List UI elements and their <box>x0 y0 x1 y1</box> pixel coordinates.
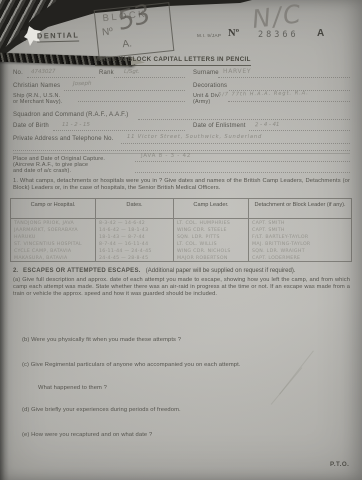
table-row-entry: Capt. Lodermere <box>252 255 348 261</box>
form-code: M.I. 9/JAP <box>197 33 221 38</box>
fill-line <box>53 130 185 131</box>
fill-line <box>114 77 185 78</box>
dates-column: 8-3-42 — 14-6-42 14-6-42 — 18-1-43 18-1-… <box>96 219 174 261</box>
field-label-squadron: Squadron and Command (R.A.F., A.A.F.) <box>13 112 128 118</box>
field-label-enlistment: Date of Enlistment <box>193 123 246 129</box>
table-row-entry: Maj. Britting-Taylor <box>252 241 348 248</box>
fill-line <box>13 150 350 151</box>
block-stamp-no-sign: Nº <box>101 26 113 38</box>
column-header-block-leader: Detachment or Block Leader (if any). <box>249 199 351 218</box>
field-value-address: 11 Victor Street, Southwick, Sunderland <box>127 134 262 140</box>
series-letter: A <box>317 28 324 39</box>
field-label-rank: Rank <box>99 70 114 76</box>
table-row-entry: St. Vincentius Hospital <box>14 241 92 248</box>
fill-line <box>228 101 350 102</box>
fill-line <box>121 143 350 144</box>
table-row-entry: Capt. Smith <box>252 220 348 227</box>
fill-line <box>135 161 350 162</box>
camps-table-body: Tandjong Priok, Java Jaarmarkt, Soerabay… <box>11 219 351 261</box>
field-label-decorations: Decorations <box>193 83 227 89</box>
serial-number-stamp: 28366 <box>258 30 299 40</box>
table-row-entry: Sqn. Ldr. Pitts <box>177 234 245 241</box>
field-label-no: No. <box>13 70 23 76</box>
section-2-note: (Additional paper will be supplied on re… <box>146 268 296 274</box>
question-2b: (b) Were you physically fit when you mad… <box>22 337 352 344</box>
confidential-stamp: DENTIAL <box>37 30 80 42</box>
field-label-surname: Surname <box>193 70 219 76</box>
fill-line <box>64 90 185 91</box>
table-row-entry: Lt. Col. Willis <box>177 241 245 248</box>
question-2e: (e) How were you recaptured and on what … <box>22 432 352 439</box>
question-2d: (d) Give briefly your experiences during… <box>22 407 352 414</box>
question-2a: (a) Give full description and approx. da… <box>13 277 350 298</box>
fill-line <box>78 101 185 102</box>
field-value-surname: HARVEY <box>223 68 251 75</box>
block-stamp-letter: A. <box>122 38 133 50</box>
field-value-no: 4743027 <box>31 69 56 75</box>
block-capitals-instruction: WRITE IN BLOCK CAPITAL LETTERS IN PENCIL <box>95 56 251 66</box>
table-row-entry: Cycle Camp, Batavia <box>14 248 92 255</box>
field-value-enlistment: 2 - 4 - 41 <box>255 122 280 128</box>
table-row-entry: 18-1-43 — 8-7-44 <box>99 234 170 241</box>
section-2-title: ESCAPES OR ATTEMPTED ESCAPES. <box>23 268 141 274</box>
table-row-entry: 24-4-45 — 28-8-45 <box>99 255 170 261</box>
block-leader-column: Capt. Smith Capt. Smith F/Lt. Bartley-Ta… <box>249 219 351 261</box>
table-row-entry: Makasura, Batavia <box>14 255 92 261</box>
table-row-entry: Lt. Col. Humphries <box>177 220 245 227</box>
block-stamp-number-handwritten: 53 <box>114 0 154 37</box>
page-edge-shadow <box>0 0 9 480</box>
field-label-christian-names: Christian Names <box>13 83 60 89</box>
table-row-entry: 16-11-44 — 24-4-45 <box>99 248 170 255</box>
scanned-pow-questionnaire: DENTIAL BLOCK Nº 53 A. N/C M.I. 9/JAP Nº… <box>0 0 362 480</box>
field-label-address: Private Address and Telephone No. <box>13 136 114 142</box>
section-2-number: 2. <box>13 268 18 274</box>
table-row-entry: Wing Cdr. Steele <box>177 227 245 234</box>
fill-line <box>218 77 350 78</box>
serial-no-sign: Nº <box>228 28 239 39</box>
leader-column: Lt. Col. Humphries Wing Cdr. Steele Sqn.… <box>174 219 249 261</box>
field-value-capture: JAVA 8 - 3 - 42 <box>141 153 191 159</box>
table-row-entry: Sqn. Ldr. Wraight <box>252 248 348 255</box>
page-turn-over-note: P.T.O. <box>330 461 349 468</box>
section-2-heading: 2. ESCAPES OR ATTEMPTED ESCAPES. (Additi… <box>13 268 353 274</box>
table-row-entry: 8-3-42 — 14-6-42 <box>99 220 170 227</box>
field-label-ship-2: or Merchant Navy). <box>13 99 62 105</box>
field-value-christian-names: Joseph <box>73 81 92 87</box>
column-header-camp: Camp or Hospital. <box>11 199 96 218</box>
table-row-entry: Major Robertson <box>177 255 245 261</box>
block-number-stamp-box: BLOCK Nº 53 A. <box>94 2 175 59</box>
camps-table-header: Camp or Hospital. Dates. Camp Leader. De… <box>11 199 351 219</box>
table-row-entry: Tandjong Priok, Java <box>14 220 92 227</box>
camp-column: Tandjong Priok, Java Jaarmarkt, Soerabay… <box>11 219 96 261</box>
field-label-unit-2: (Army) <box>193 99 210 105</box>
table-row-entry: Jaarmarkt, Soerabaya <box>14 227 92 234</box>
fill-line <box>249 130 350 131</box>
table-row-entry: Haruku <box>14 234 92 241</box>
camps-table: Camp or Hospital. Dates. Camp Leader. De… <box>10 198 352 262</box>
table-row-entry: Capt. Smith <box>252 227 348 234</box>
fill-line <box>135 172 350 173</box>
field-value-rank: L/Sgt. <box>124 69 140 75</box>
fill-line <box>27 77 95 78</box>
column-header-leader: Camp Leader. <box>174 199 249 218</box>
table-row-entry: 14-6-42 — 18-1-43 <box>99 227 170 234</box>
field-label-dob: Date of Birth <box>13 123 49 129</box>
question-2c-followup: What happened to them ? <box>38 385 238 392</box>
question-1: 1. What camps, detachments or hospitals … <box>13 178 350 192</box>
field-value-dob: 11 - 2 - 15 <box>62 122 90 128</box>
fill-line <box>138 119 350 120</box>
table-row-entry: 8-7-44 — 16-11-44 <box>99 241 170 248</box>
column-header-dates: Dates. <box>96 199 174 218</box>
field-label-capture-3: and date of a/c crash). <box>13 168 71 174</box>
table-row-entry: F/Lt. Bartley-Taylor <box>252 234 348 241</box>
table-row-entry: Wing Cdr. Nichols <box>177 248 245 255</box>
